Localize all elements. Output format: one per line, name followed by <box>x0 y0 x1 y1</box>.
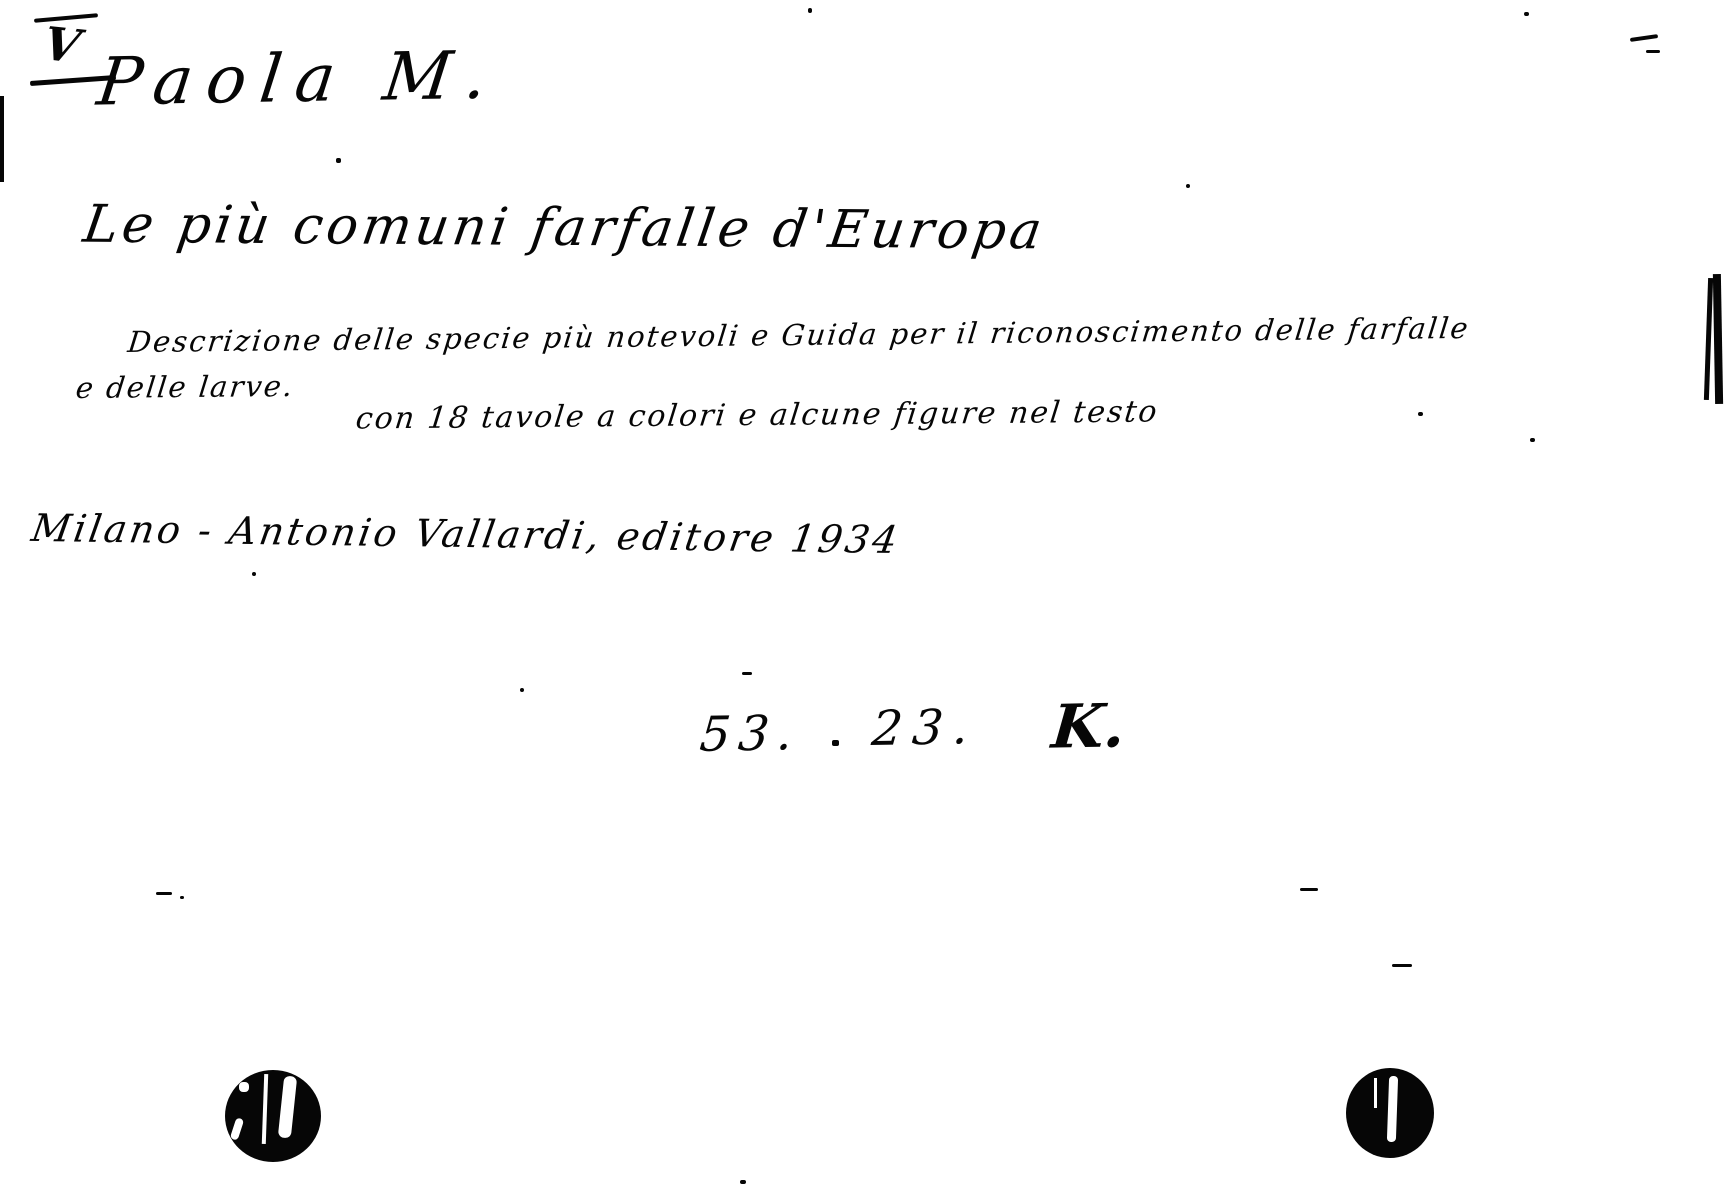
punch-hole-right <box>1346 1068 1434 1158</box>
punch-hole-highlight <box>1387 1076 1398 1142</box>
call-number-row: 53. 23. K. <box>0 692 1726 782</box>
punch-hole-highlight <box>278 1075 297 1138</box>
call-number-2: 23. <box>870 699 981 757</box>
scan-speck <box>156 892 172 895</box>
subtitle-line-2: e delle larve. <box>74 369 296 405</box>
scan-speck <box>808 8 812 13</box>
punch-hole-highlight <box>1374 1078 1377 1108</box>
subtitle-line-1: Descrizione delle specie più notevoli e … <box>126 311 1471 359</box>
author-heading: Paola M. <box>93 36 505 120</box>
scan-speck <box>520 688 524 692</box>
scan-speck <box>1630 34 1658 42</box>
scan-speck <box>336 158 341 163</box>
scan-speck <box>832 740 839 746</box>
scan-edge-artifact <box>1704 278 1713 400</box>
scan-speck <box>740 1180 746 1184</box>
scan-speck <box>742 672 752 675</box>
scan-speck <box>1524 12 1529 16</box>
scan-edge-artifact <box>1713 274 1723 404</box>
scan-speck <box>180 896 184 899</box>
punch-hole-highlight <box>230 1117 244 1140</box>
catalog-card: V Paola M. Le più comuni farfalle d'Euro… <box>0 0 1726 1191</box>
illustration-note: con 18 tavole a colori e alcune figure n… <box>354 394 1161 436</box>
scan-edge-artifact <box>0 96 4 182</box>
scan-speck <box>1646 50 1660 53</box>
call-number-1: 53. <box>698 705 803 763</box>
scan-speck <box>1418 412 1423 416</box>
scan-speck <box>1186 184 1190 188</box>
series-mark: V <box>39 16 84 73</box>
book-title: Le più comuni farfalle d'Europa <box>80 195 1050 262</box>
punch-hole-left <box>225 1070 321 1162</box>
punch-hole-highlight <box>262 1074 268 1144</box>
scan-speck <box>1300 888 1318 891</box>
punch-hole-highlight <box>239 1082 249 1092</box>
scan-speck <box>252 572 256 576</box>
scan-speck <box>1530 438 1535 442</box>
scan-speck <box>1392 964 1412 967</box>
imprint-line: Milano - Antonio Vallardi, editore 1934 <box>29 506 904 562</box>
call-number-3: K. <box>1049 691 1128 762</box>
